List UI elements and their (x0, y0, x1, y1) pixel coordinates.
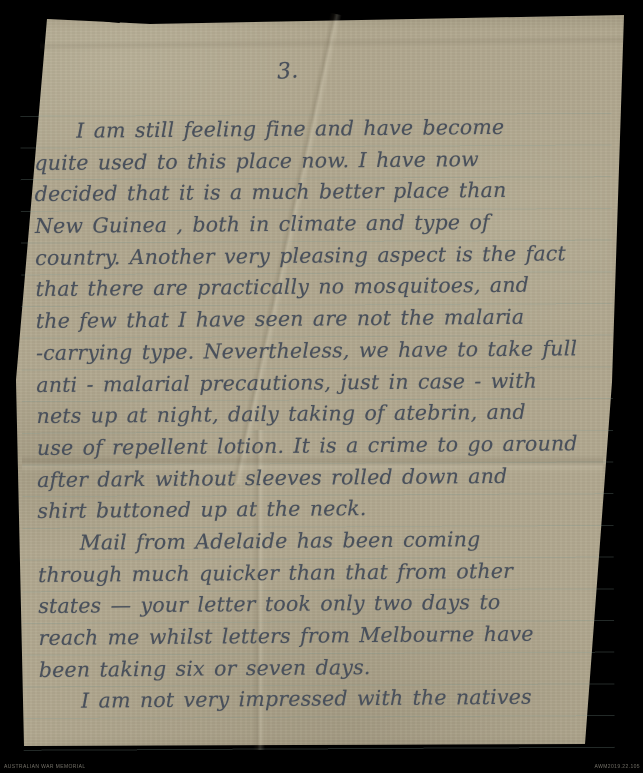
letter-line: that there are practically no mosquitoes… (35, 269, 613, 306)
letter-line: -carrying type. Nevertheless, we have to… (36, 333, 614, 370)
archive-reference-right: AWM2019.22.105 (595, 764, 640, 771)
letter-line: I am still feeling fine and have become (34, 111, 612, 148)
letter-line: states — your letter took only two days … (38, 586, 616, 623)
letter-line: quite used to this place now. I have now (34, 143, 612, 180)
letter-line: reach me whilst letters from Melbourne h… (38, 618, 616, 655)
letter-line: country. Another very pleasing aspect is… (35, 238, 613, 275)
letter-line: anti - malarial precautions, just in cas… (36, 364, 614, 401)
letter-line: through much quicker than that from othe… (38, 555, 616, 592)
letter-line: shirt buttoned up at the neck. (37, 491, 615, 528)
scanned-letter-page: 3. I am still feeling fine and have beco… (0, 0, 643, 773)
letter-line: the few that I have seen are not the mal… (36, 301, 614, 338)
letter-line: New Guinea , both in climate and type of (35, 206, 613, 243)
letter-body: I am still feeling fine and have becomeq… (34, 111, 617, 718)
letter-line: been taking six or seven days. (39, 650, 617, 687)
letter-line: Mail from Adelaide has been coming (38, 523, 616, 560)
archive-watermark-left: AUSTRALIAN WAR MEMORIAL (4, 764, 86, 771)
letter-line: use of repellent lotion. It is a crime t… (37, 428, 615, 465)
letter-line: nets up at night, daily taking of atebri… (36, 396, 614, 433)
letter-line: I am not very impressed with the natives (39, 681, 617, 718)
letter-line: after dark without sleeves rolled down a… (37, 460, 615, 497)
letter-line: decided that it is a much better place t… (35, 174, 613, 211)
page-number: 3. (276, 58, 299, 84)
